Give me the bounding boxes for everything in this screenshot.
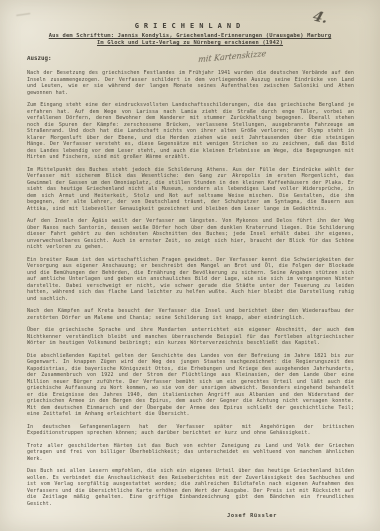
document-title: GRIECHENLAND [0,22,380,30]
paragraph: Auf den Inseln der Ägäis weilt der Verfa… [27,218,354,251]
paragraph: Nach der Besetzung des griechischen Fest… [27,70,354,96]
paragraph: In deutschen Gefangenenlagern hat der Ve… [27,424,354,437]
paragraph: Im Mittelpunkt des Buches steht jedoch d… [27,167,354,213]
paragraph: Nach den Kämpfen auf Kreta besucht der V… [27,308,354,321]
document-body: Nach der Besetzung des griechischen Fest… [27,70,354,519]
paragraph: Über die griechische Sprache und ihre Mu… [27,327,354,347]
excerpt-label: Auszug: [27,56,51,62]
document-header: GRIECHENLAND Aus dem Schrifttum: Jannis … [0,22,380,48]
paragraph: Ein breiter Raum ist den wirtschaftliche… [27,257,354,303]
paragraph: Zum Eingang steht eine der eindrucksvoll… [27,102,354,161]
document-subtitle-source: Aus dem Schrifttum: Jannis Kondylis, Gri… [0,33,380,40]
signature: Josef Rüssler [27,513,354,519]
paragraph: Die abschließenden Kapitel gelten der Ge… [27,353,354,418]
paragraph: Trotz aller geschilderten Härten ist das… [27,443,354,463]
paragraph: Das Buch sei allen Lesern empfohlen, die… [27,468,354,507]
document-subtitle-publisher: Im Glock und Lutz-Verlag zu Nürnberg ers… [0,40,380,47]
scanned-document-page: 4. GRIECHENLAND Aus dem Schrifttum: Jann… [0,0,380,531]
pencil-smudge [16,9,31,16]
